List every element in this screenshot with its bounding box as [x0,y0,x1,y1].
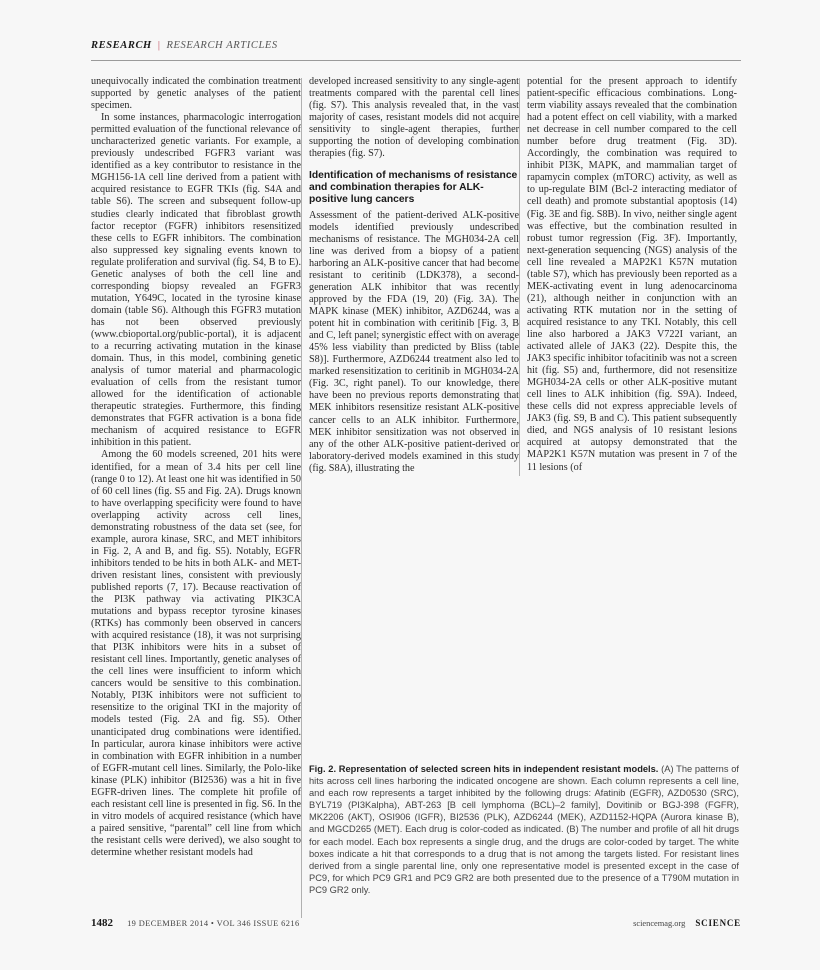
figure-caption: Fig. 2. Representation of selected scree… [309,763,739,896]
section-label: RESEARCH [91,40,152,51]
running-header: RESEARCH|RESEARCH ARTICLES [91,40,741,61]
paragraph: Assessment of the patient-derived ALK-po… [309,210,519,475]
column-divider [301,78,302,918]
page-number: 1482 [91,917,113,929]
text-column-3: potential for the present approach to id… [527,76,737,474]
journal-name: SCIENCE [695,918,741,928]
website-link[interactable]: sciencemag.org [633,919,685,928]
paragraph: In some instances, pharmacologic interro… [91,112,301,449]
text-column-1: unequivocally indicated the combination … [91,76,301,859]
issue-info: 19 DECEMBER 2014 • VOL 346 ISSUE 6216 [127,919,299,928]
page-footer: 1482 19 DECEMBER 2014 • VOL 346 ISSUE 62… [91,917,741,931]
header-separator: | [158,40,161,51]
caption-body: (A) The patterns of hits across cell lin… [309,764,739,895]
text-column-2: developed increased sensitivity to any s… [309,76,519,475]
paragraph: unequivocally indicated the combination … [91,76,301,112]
paragraph: developed increased sensitivity to any s… [309,76,519,160]
subsection-label: RESEARCH ARTICLES [167,40,278,51]
section-heading: Identification of mechanisms of resistan… [309,170,519,205]
caption-title: Fig. 2. Representation of selected scree… [309,764,658,774]
paragraph: potential for the present approach to id… [527,76,737,474]
column-divider [519,78,520,476]
paragraph: Among the 60 models screened, 201 hits w… [91,449,301,859]
